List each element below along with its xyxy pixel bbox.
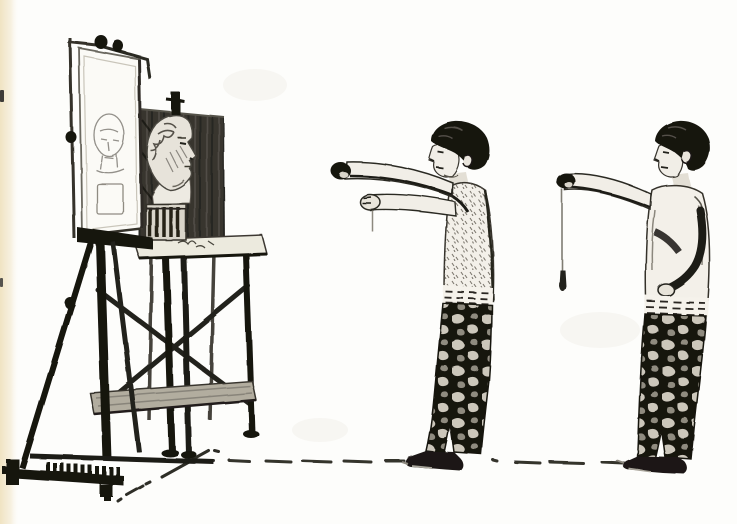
easel-leg-knob xyxy=(65,297,76,309)
figure-far-hip-hand xyxy=(658,284,674,296)
plaster-bust xyxy=(147,115,196,204)
easel-top-knob xyxy=(113,40,124,52)
base-foot xyxy=(100,485,113,497)
bust-plinth xyxy=(146,204,186,240)
backdrop-clamp-peg xyxy=(171,92,180,116)
illustration-page xyxy=(0,0,737,524)
easel-side-knob xyxy=(66,131,77,143)
page-edge-speck xyxy=(0,278,3,287)
page-edge-strip xyxy=(0,0,20,524)
page-edge xyxy=(0,0,20,524)
page-edge-speck xyxy=(0,90,4,102)
illustration-canvas xyxy=(0,0,737,524)
plumb-bob xyxy=(559,270,566,291)
easel-top-knob xyxy=(95,35,108,49)
easel-board xyxy=(79,48,142,236)
